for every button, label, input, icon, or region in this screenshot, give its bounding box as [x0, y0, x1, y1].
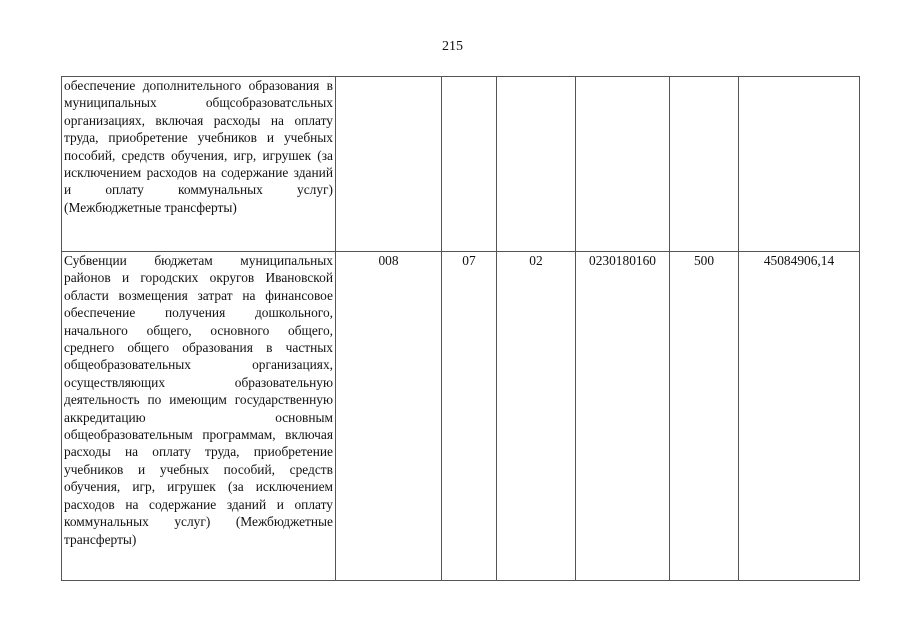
budget-table: обеспечение дополнительного образования … — [61, 76, 860, 581]
cell-target-article: 0230180160 — [576, 252, 670, 581]
table-row: Субвенции бюджетам муниципальных районов… — [62, 252, 860, 581]
cell-ministry-code — [336, 77, 442, 252]
cell-expense-type — [670, 77, 739, 252]
cell-ministry-code: 008 — [336, 252, 442, 581]
cell-subsection: 02 — [497, 252, 576, 581]
cell-target-article — [576, 77, 670, 252]
page-number: 215 — [0, 38, 905, 56]
cell-description: Субвенции бюджетам муниципальных районов… — [62, 252, 336, 581]
cell-amount — [739, 77, 860, 252]
cell-section — [442, 77, 497, 252]
cell-expense-type: 500 — [670, 252, 739, 581]
cell-section: 07 — [442, 252, 497, 581]
cell-description: обеспечение дополнительного образования … — [62, 77, 336, 252]
table-row: обеспечение дополнительного образования … — [62, 77, 860, 252]
cell-amount: 45084906,14 — [739, 252, 860, 581]
cell-subsection — [497, 77, 576, 252]
